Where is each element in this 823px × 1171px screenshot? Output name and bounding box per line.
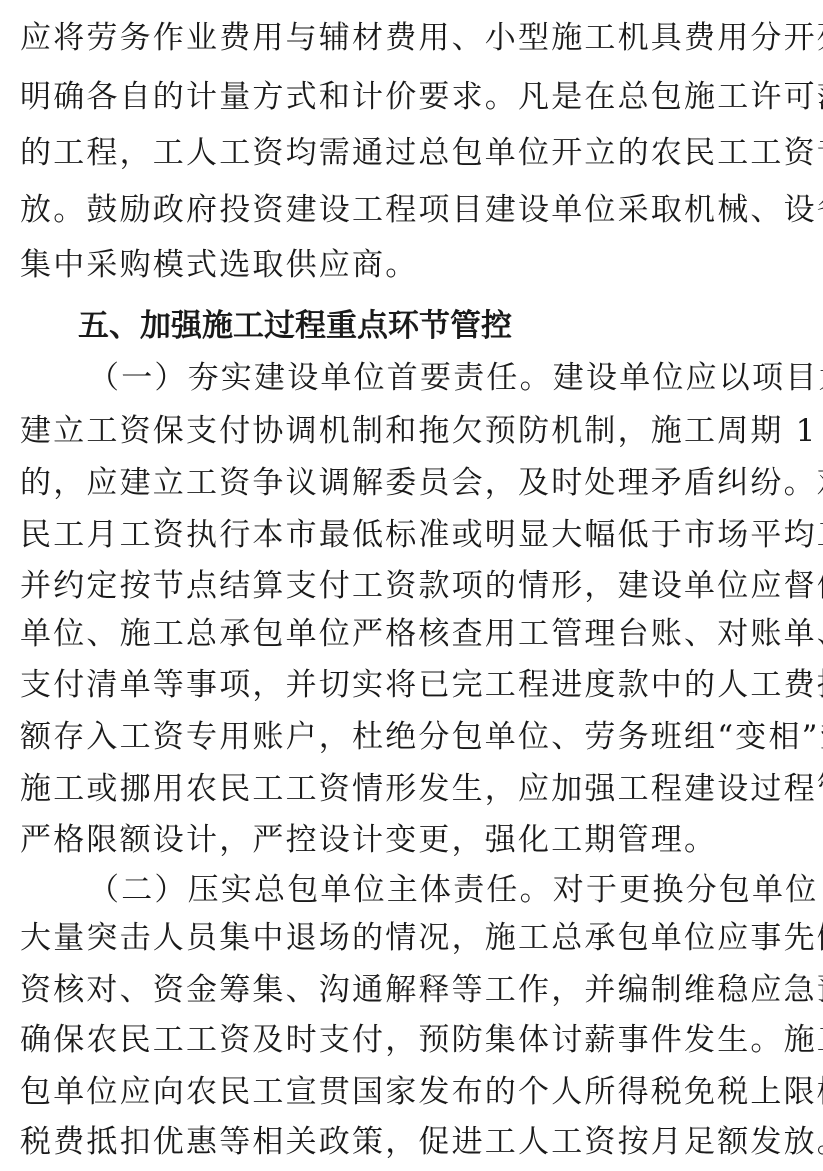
text-line: 严格限额设计，严控设计变更，强化工期管理。: [20, 820, 810, 860]
text-line: 包单位应向农民工宣贯国家发布的个人所得税免税上限标准、: [20, 1072, 810, 1112]
subsection-2-first-line: （二）压实总包单位主体责任。对于更换分包单位（班组）、: [88, 870, 810, 910]
text-line: 的工程，工人工资均需通过总包单位开立的农民工工资专户发: [20, 133, 810, 173]
section-heading: 五、加强施工过程重点环节管控: [78, 306, 512, 346]
text-line: 税费抵扣优惠等相关政策，促进工人工资按月足额发放。: [20, 1122, 810, 1162]
text-line: 支付清单等事项，并切实将已完工程进度款中的人工费按时足: [20, 665, 810, 705]
subsection-1-first-line: （一）夯实建设单位首要责任。建设单位应以项目为单位: [88, 358, 810, 398]
text-line: 放。鼓励政府投资建设工程项目建设单位采取机械、设备租赁: [20, 190, 810, 230]
text-line: 并约定按节点结算支付工资款项的情形，建设单位应督促监理: [20, 566, 810, 606]
text-line: 民工月工资执行本市最低标准或明显大幅低于市场平均工资，: [20, 515, 810, 555]
text-line: 确保农民工工资及时支付，预防集体讨薪事件发生。施工总承: [20, 1020, 810, 1060]
text-line: 明确各自的计量方式和计价要求。凡是在总包施工许可范围内: [20, 77, 810, 117]
text-line: 资核对、资金筹集、沟通解释等工作，并编制维稳应急预案，: [20, 970, 810, 1010]
text-line: 集中采购模式选取供应商。: [20, 245, 810, 285]
text-line: 应将劳务作业费用与辅材费用、小型施工机具费用分开列项，: [20, 18, 810, 58]
text-line: 建立工资保支付协调机制和拖欠预防机制，施工周期 1 年以上: [20, 411, 810, 451]
text-line: 大量突击人员集中退场的情况，施工总承包单位应事先做好工: [20, 918, 810, 958]
text-line: 单位、施工总承包单位严格核查用工管理台账、对账单、工资: [20, 614, 810, 654]
text-line: 施工或挪用农民工工资情形发生，应加强工程建设过程管控，: [20, 769, 810, 809]
text-line: 额存入工资专用账户，杜绝分包单位、劳务班组“变相”垫资: [20, 717, 810, 757]
text-line: 的，应建立工资争议调解委员会，及时处理矛盾纠纷。对于农: [20, 463, 810, 503]
